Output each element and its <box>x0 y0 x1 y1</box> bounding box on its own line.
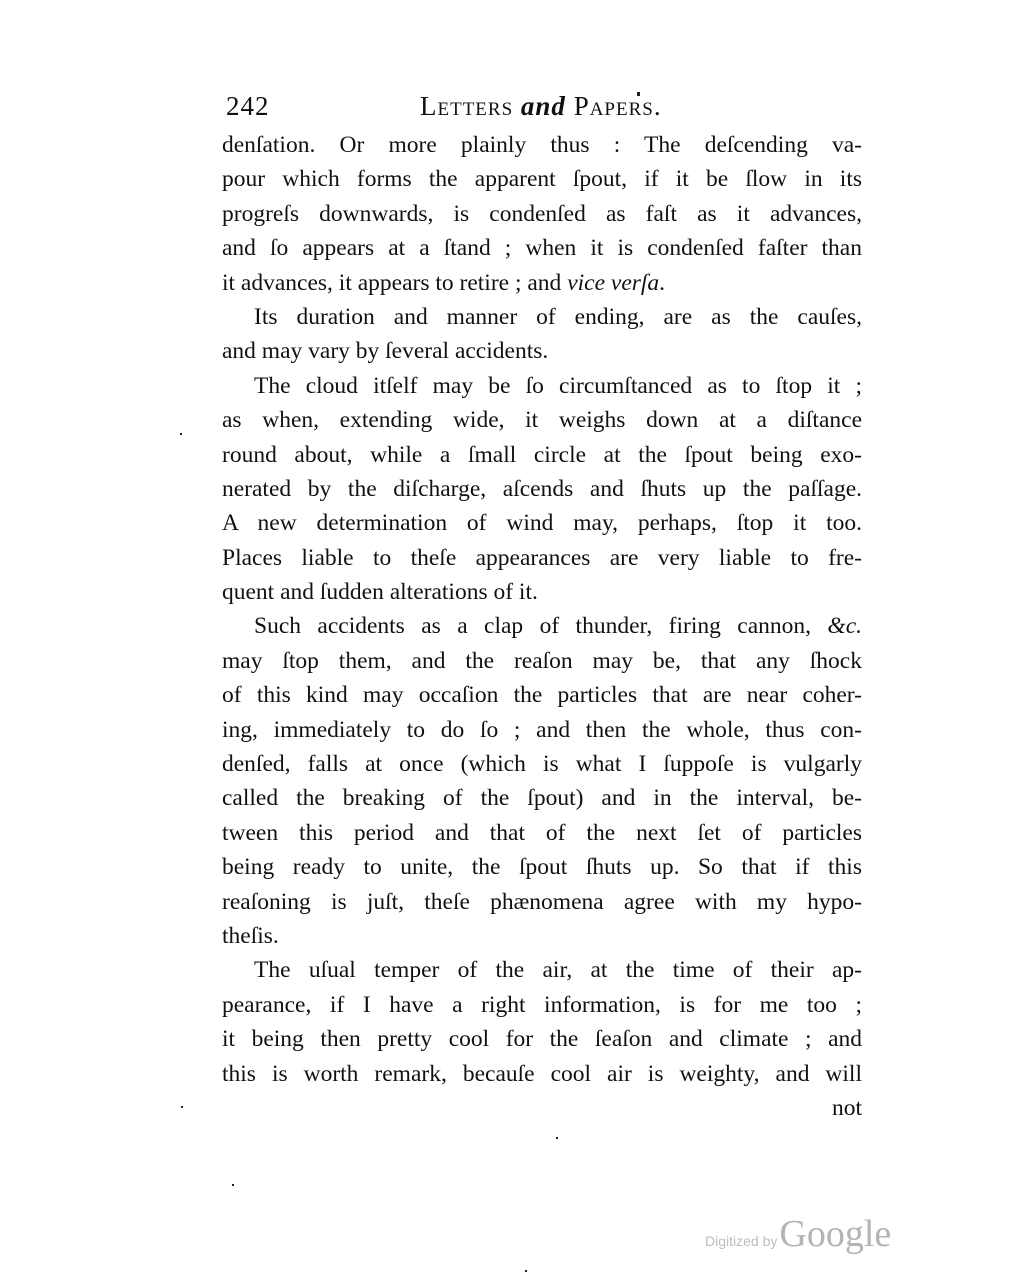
text-line: denſation. Or more plainly thus : The de… <box>222 128 862 162</box>
scan-speck <box>181 1106 183 1108</box>
digitized-by-google-watermark: Digitized by Google <box>705 1212 891 1260</box>
text-line: called the breaking of the ſpout) and in… <box>222 781 862 815</box>
scan-speck <box>525 1270 527 1272</box>
text-line: progreſs downwards, is condenſed as faſt… <box>222 197 862 231</box>
text-line: Places liable to theſe appearances are v… <box>222 541 862 575</box>
text-line: The cloud itſelf may be ſo circumſtanced… <box>222 369 862 403</box>
text-line: A new determination of wind may, perhaps… <box>222 506 862 540</box>
text-line: this is worth remark, becauſe cool air i… <box>222 1057 862 1091</box>
text-segment: . <box>659 270 665 296</box>
scan-speck <box>637 92 640 96</box>
body-text: denſation. Or more plainly thus : The de… <box>222 128 862 1125</box>
running-title-and: and <box>521 91 566 121</box>
book-page: 242 Letters and Papers. denſation. Or mo… <box>0 0 1014 1282</box>
italic-etc: &c. <box>827 613 862 639</box>
text-line: being ready to unite, the ſpout ſhuts up… <box>222 850 862 884</box>
text-line: pour which forms the apparent ſpout, if … <box>222 162 862 196</box>
text-line: it advances, it appears to retire ; and … <box>222 266 862 300</box>
text-line: reaſoning is juſt, theſe phænomena agree… <box>222 885 862 919</box>
text-line: as when, extending wide, it weighs down … <box>222 403 862 437</box>
text-line: Such accidents as a clap of thunder, fir… <box>222 609 862 643</box>
text-line: The uſual temper of the air, at the time… <box>222 953 862 987</box>
text-line: tween this period and that of the next ſ… <box>222 816 862 850</box>
text-line: quent and ſudden alterations of it. <box>222 575 862 609</box>
text-line: and ſo appears at a ſtand ; when it is c… <box>222 231 862 265</box>
running-title-papers: Papers <box>574 91 654 121</box>
scan-speck <box>180 433 182 435</box>
google-logo-text: Google <box>779 1212 891 1256</box>
paragraph-1: denſation. Or more plainly thus : The de… <box>222 128 862 300</box>
text-line: round about, while a ſmall circle at the… <box>222 438 862 472</box>
text-line: of this kind may occaſion the particles … <box>222 678 862 712</box>
text-line: pearance, if I have a right information,… <box>222 988 862 1022</box>
text-line: Its duration and manner of ending, are a… <box>222 300 862 334</box>
running-title-punct: . <box>654 91 662 121</box>
text-line: theſis. <box>222 919 862 953</box>
page-number: 242 <box>226 86 270 126</box>
scan-speck <box>232 1184 234 1186</box>
text-line: ing, immediately to do ſo ; and then the… <box>222 713 862 747</box>
italic-phrase: vice verſa <box>567 270 659 296</box>
paragraph-3: The cloud itſelf may be ſo circumſtanced… <box>222 369 862 610</box>
paragraph-4: Such accidents as a clap of thunder, fir… <box>222 609 862 953</box>
text-line: and may vary by ſeveral accidents. <box>222 334 862 368</box>
running-head: 242 Letters and Papers. <box>226 86 866 126</box>
text-line: nerated by the diſcharge, aſcends and ſh… <box>222 472 862 506</box>
watermark-small-text: Digitized by <box>705 1233 777 1249</box>
text-line: may ſtop them, and the reaſon may be, th… <box>222 644 862 678</box>
scan-speck <box>556 1137 558 1139</box>
running-title: Letters and Papers. <box>420 86 662 126</box>
paragraph-2: Its duration and manner of ending, are a… <box>222 300 862 369</box>
text-line: it being then pretty cool for the ſeaſon… <box>222 1022 862 1056</box>
text-segment: it advances, it appears to retire ; and <box>222 270 567 296</box>
paragraph-5: The uſual temper of the air, at the time… <box>222 953 862 1091</box>
text-segment: Such accidents as a clap of thunder, fir… <box>254 613 811 639</box>
running-title-letters: Letters <box>420 91 513 121</box>
text-line: denſed, falls at once (which is what I ſ… <box>222 747 862 781</box>
catchword: not <box>222 1091 862 1125</box>
